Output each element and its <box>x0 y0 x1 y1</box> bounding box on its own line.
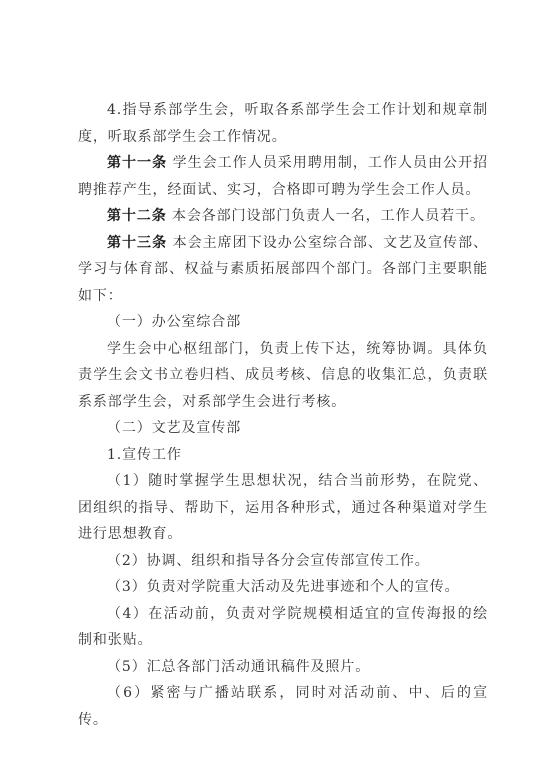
section-heading-arts-publicity: （二）文艺及宣传部 <box>78 415 488 442</box>
list-item: （1）随时掌握学生思想状况，结合当前形势，在院党、团组织的指导、帮助下，运用各种… <box>78 468 488 548</box>
list-item: （2）协调、组织和指导各分会宣传部宣传工作。 <box>78 548 488 575</box>
article-13: 第十三条 本会主席团下设办公室综合部、文艺及宣传部、学习与体育部、权益与素质拓展… <box>78 230 488 310</box>
article-heading: 第十二条 <box>107 208 167 224</box>
article-12: 第十二条 本会各部门设部门负责人一名，工作人员若干。 <box>78 203 488 230</box>
article-heading: 第十一条 <box>107 155 167 171</box>
list-item: （3）负责对学院重大活动及先进事迹和个人的宣传。 <box>78 574 488 601</box>
paragraph-item-4: 4.指导系部学生会，听取各系部学生会工作计划和规章制度，听取系部学生会工作情况。 <box>78 97 488 150</box>
subsection-publicity-work: 1.宣传工作 <box>78 442 488 469</box>
article-heading: 第十三条 <box>107 235 167 251</box>
list-item: （6）紧密与广播站联系，同时对活动前、中、后的宣传。 <box>78 680 488 733</box>
article-11: 第十一条 学生会工作人员采用聘用制，工作人员由公开招聘推荐产生，经面试、实习，合… <box>78 150 488 203</box>
document-page: 4.指导系部学生会，听取各系部学生会工作计划和规章制度，听取系部学生会工作情况。… <box>78 97 488 733</box>
section-body-office: 学生会中心枢纽部门，负责上传下达，统筹协调。具体负责学生会文书立卷归档、成员考核… <box>78 336 488 416</box>
list-item: （4）在活动前，负责对学院规模相适宜的宣传海报的绘制和张贴。 <box>78 601 488 654</box>
section-heading-office: （一）办公室综合部 <box>78 309 488 336</box>
article-body: 本会各部门设部门负责人一名，工作人员若干。 <box>167 208 485 224</box>
list-item: （5）汇总各部门活动通讯稿件及照片。 <box>78 654 488 681</box>
